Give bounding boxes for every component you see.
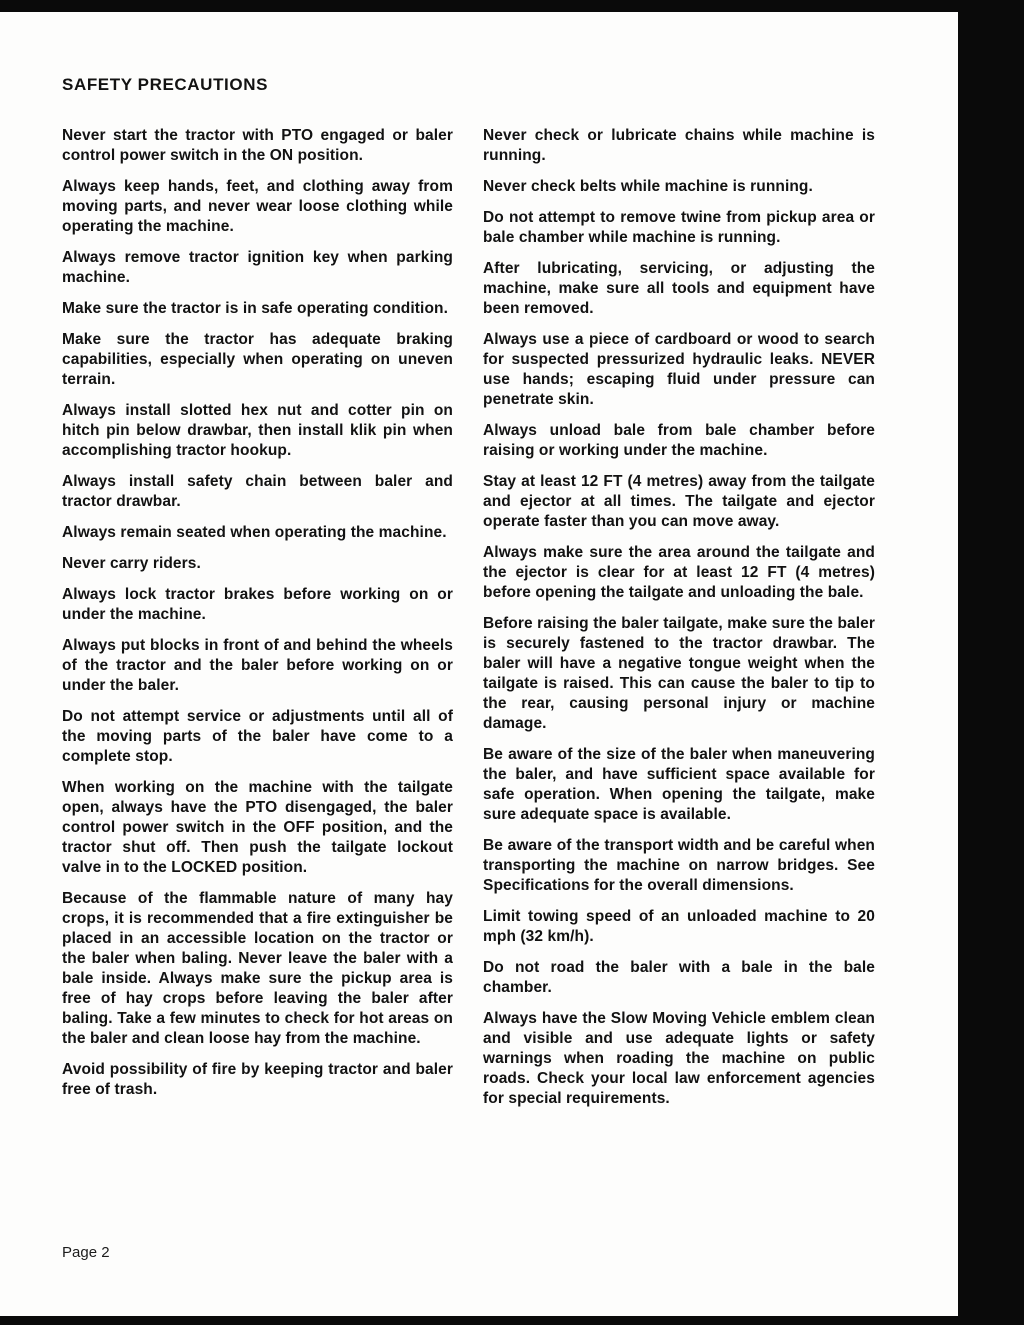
safety-paragraph: Be aware of the size of the baler when m… <box>483 745 875 825</box>
safety-paragraph: Always have the Slow Moving Vehicle embl… <box>483 1009 875 1109</box>
scan-border-bottom <box>0 1316 1024 1325</box>
safety-paragraph: Always install slotted hex nut and cotte… <box>62 401 453 461</box>
safety-paragraph: When working on the machine with the tai… <box>62 778 453 878</box>
safety-paragraph: Avoid possibility of fire by keeping tra… <box>62 1060 453 1100</box>
scan-border-top <box>0 0 1024 12</box>
safety-paragraph: Always put blocks in front of and behind… <box>62 636 453 696</box>
safety-paragraph: Be aware of the transport width and be c… <box>483 836 875 896</box>
scan-border-right <box>958 0 1024 1325</box>
safety-paragraph: Always make sure the area around the tai… <box>483 543 875 603</box>
safety-paragraph: Always lock tractor brakes before workin… <box>62 585 453 625</box>
safety-paragraph: Do not road the baler with a bale in the… <box>483 958 875 998</box>
safety-paragraph: Always unload bale from bale chamber bef… <box>483 421 875 461</box>
safety-paragraph: Never check or lubricate chains while ma… <box>483 126 875 166</box>
page-title: SAFETY PRECAUTIONS <box>62 75 268 95</box>
safety-paragraph: Before raising the baler tailgate, make … <box>483 614 875 734</box>
safety-paragraph: Make sure the tractor is in safe operati… <box>62 299 453 319</box>
right-column: Never check or lubricate chains while ma… <box>483 126 875 1109</box>
safety-paragraph: Never check belts while machine is runni… <box>483 177 875 197</box>
safety-paragraph: Limit towing speed of an unloaded machin… <box>483 907 875 947</box>
safety-paragraph: Stay at least 12 FT (4 metres) away from… <box>483 472 875 532</box>
safety-paragraph: Because of the flammable nature of many … <box>62 889 453 1049</box>
safety-paragraph: Always use a piece of cardboard or wood … <box>483 330 875 410</box>
safety-paragraph: After lubricating, servicing, or adjusti… <box>483 259 875 319</box>
safety-paragraph: Do not attempt to remove twine from pick… <box>483 208 875 248</box>
safety-paragraph: Never start the tractor with PTO engaged… <box>62 126 453 166</box>
safety-paragraph: Always keep hands, feet, and clothing aw… <box>62 177 453 237</box>
manual-page: SAFETY PRECAUTIONS Never start the tract… <box>0 0 1024 1325</box>
safety-paragraph: Never carry riders. <box>62 554 453 574</box>
safety-paragraph: Do not attempt service or adjustments un… <box>62 707 453 767</box>
left-column: Never start the tractor with PTO engaged… <box>62 126 453 1109</box>
two-column-text: Never start the tractor with PTO engaged… <box>62 126 875 1109</box>
page-number: Page 2 <box>62 1244 110 1261</box>
safety-paragraph: Always remain seated when operating the … <box>62 523 453 543</box>
safety-paragraph: Make sure the tractor has adequate braki… <box>62 330 453 390</box>
safety-paragraph: Always install safety chain between bale… <box>62 472 453 512</box>
safety-paragraph: Always remove tractor ignition key when … <box>62 248 453 288</box>
